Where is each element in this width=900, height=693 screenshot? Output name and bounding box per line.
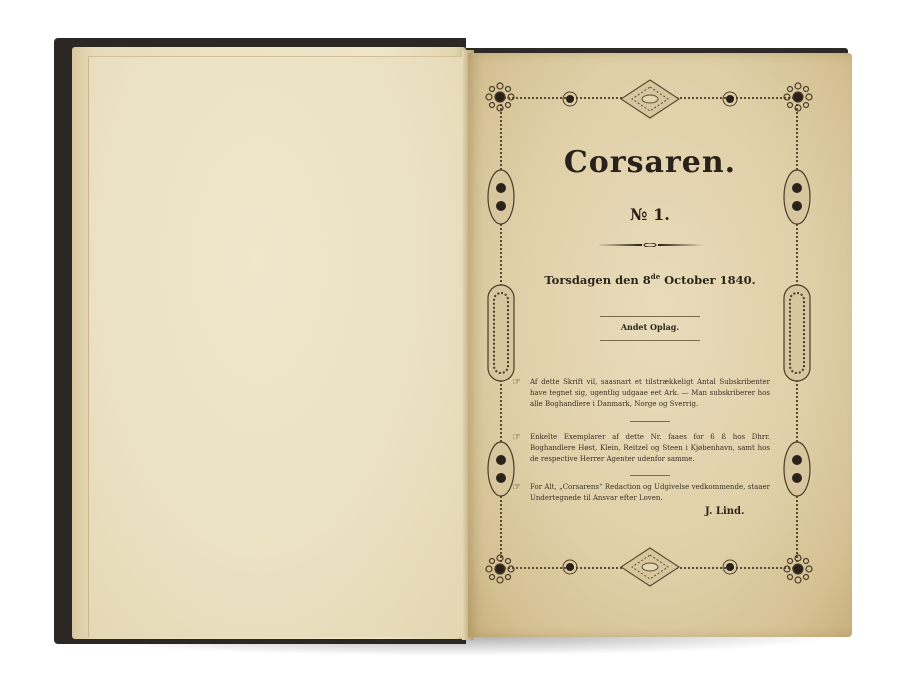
- side-medallion-icon: [783, 441, 811, 497]
- side-oval-ornament-icon: [782, 283, 812, 383]
- notice-text: Af dette Skrift vil, saasnart et tilstræ…: [530, 378, 770, 408]
- rule-line: [630, 421, 670, 422]
- small-rosette-icon: [562, 91, 578, 107]
- pointing-hand-icon: ☞: [512, 432, 521, 443]
- side-medallion-icon: [487, 441, 515, 497]
- corner-rosette-icon: [485, 554, 515, 584]
- bottom-diamond-ornament-icon: [620, 547, 680, 587]
- date-month-year: October 1840.: [660, 273, 755, 287]
- rule-line: [630, 475, 670, 476]
- notice-subscription: ☞Af dette Skrift vil, saasnart et tilstr…: [530, 377, 770, 410]
- rule-line: [600, 340, 700, 341]
- edition-label: Andet Oplag.: [500, 322, 800, 332]
- pointing-hand-icon: ☞: [512, 377, 521, 388]
- corner-rosette-icon: [485, 82, 515, 112]
- corner-rosette-icon: [783, 554, 813, 584]
- date-ordinal: de: [651, 272, 660, 281]
- notice-text: For Alt, „Corsarens“ Redaction og Udgive…: [530, 483, 770, 502]
- small-rosette-icon: [562, 559, 578, 575]
- signature: J. Lind.: [705, 506, 745, 517]
- issue-number: № 1.: [500, 205, 800, 224]
- left-page-blank: [88, 56, 465, 637]
- small-rosette-icon: [722, 559, 738, 575]
- corner-rosette-icon: [783, 82, 813, 112]
- pointing-hand-icon: ☞: [512, 482, 521, 493]
- page-title: Corsaren.: [500, 145, 800, 180]
- small-rosette-icon: [722, 91, 738, 107]
- divider-ornament-icon: [597, 243, 703, 247]
- notice-responsibility: ☞For Alt, „Corsarens“ Redaction og Udgiv…: [530, 482, 770, 504]
- rule-line: [600, 316, 700, 317]
- top-diamond-ornament-icon: [620, 79, 680, 119]
- notice-single-copies: ☞Enkelte Exemplarer af dette Nr. faaes f…: [530, 432, 770, 465]
- date-day: Torsdagen den 8: [544, 273, 650, 287]
- side-oval-ornament-icon: [486, 283, 516, 383]
- publication-date: Torsdagen den 8de October 1840.: [500, 272, 800, 287]
- notice-text: Enkelte Exemplarer af dette Nr. faaes fo…: [530, 433, 770, 463]
